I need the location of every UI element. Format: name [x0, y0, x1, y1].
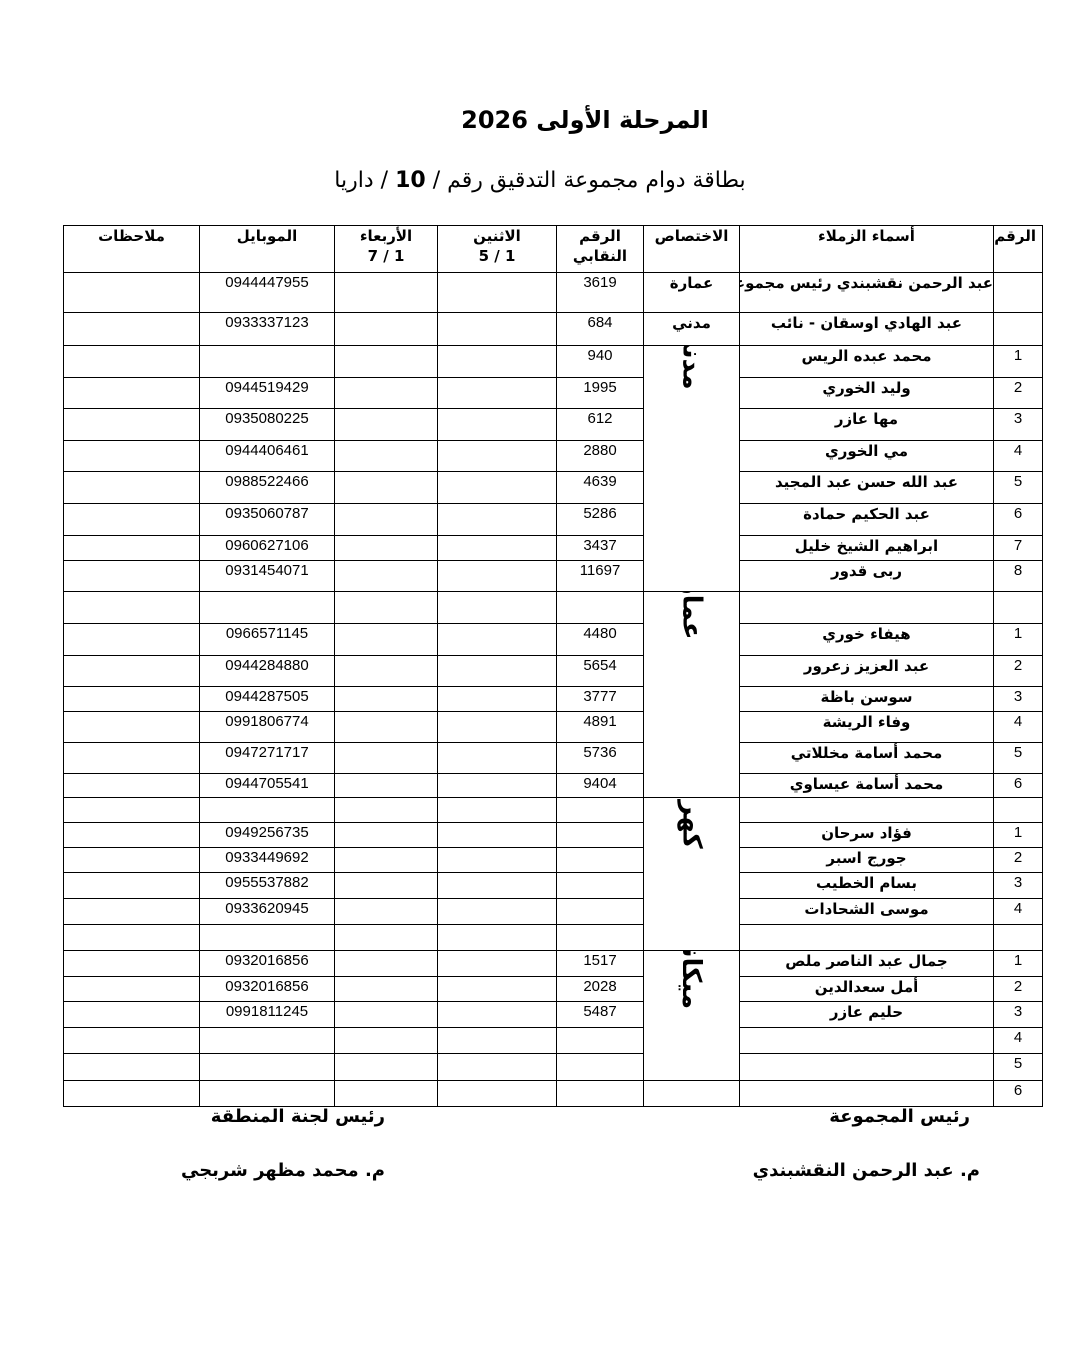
row-number: 5: [994, 743, 1043, 774]
table-row: 2عبد العزيز زعرور56540944284880: [64, 656, 1043, 687]
union-number: [557, 823, 644, 848]
union-number: [557, 592, 644, 624]
row-number: [994, 592, 1043, 624]
monday-attendance[interactable]: [438, 951, 557, 977]
union-number: 2028: [557, 977, 644, 1002]
mobile-number: 0933449692: [200, 848, 335, 873]
header-row: الرقم أسماء الزملاء الاختصاص الرقمالنقاب…: [64, 226, 1043, 273]
monday-attendance[interactable]: [438, 977, 557, 1002]
specialty-group-2: كهرباء: [644, 798, 740, 951]
row-number: 7: [994, 536, 1043, 561]
member-name: [740, 798, 994, 823]
attendance-table: الرقم أسماء الزملاء الاختصاص الرقمالنقاب…: [63, 225, 1043, 1107]
wednesday-attendance[interactable]: [335, 925, 438, 951]
member-name: مها عازر: [740, 409, 994, 441]
area-committee-name: م. محمد مظهر شربجي: [181, 1160, 385, 1181]
mobile-number: 0947271717: [200, 743, 335, 774]
notes-cell[interactable]: [64, 592, 200, 624]
table-row: 2جورج اسبر0933449692: [64, 848, 1043, 873]
member-name: وفاء الريشة: [740, 712, 994, 743]
wednesday-attendance[interactable]: [335, 977, 438, 1002]
mobile-number: 0991811245: [200, 1002, 335, 1028]
monday-attendance[interactable]: [438, 346, 557, 378]
notes-cell[interactable]: [64, 687, 200, 712]
member-name: عبد الهادي اوسقان - نائب: [740, 313, 994, 346]
specialty-group-0: مدني: [644, 346, 740, 592]
table-row: 3مها عازر6120935080225: [64, 409, 1043, 441]
specialty-vertical-label: عمارة: [682, 592, 702, 640]
notes-cell[interactable]: [64, 848, 200, 873]
leader-row: عبد الرحمن نقشبندي رئيس مجموعةعمارة36190…: [64, 273, 1043, 313]
member-name: [740, 1081, 994, 1107]
table-row: 7ابراهيم الشيخ خليل34370960627106: [64, 536, 1043, 561]
notes-cell[interactable]: [64, 1081, 200, 1107]
wednesday-attendance[interactable]: [335, 1002, 438, 1028]
member-name: [740, 1054, 994, 1081]
member-name: عبد العزيز زعرور: [740, 656, 994, 687]
mobile-number: 0960627106: [200, 536, 335, 561]
row-number: 4: [994, 1028, 1043, 1054]
member-name: جورج اسبر: [740, 848, 994, 873]
notes-cell[interactable]: [64, 873, 200, 899]
member-name: مي الخوري: [740, 441, 994, 472]
table-row: 3سوسن باظة37770944287505: [64, 687, 1043, 712]
member-name: محمد عبده الريس: [740, 346, 994, 378]
table-row: 4وفاء الريشة48910991806774: [64, 712, 1043, 743]
notes-cell[interactable]: [64, 346, 200, 378]
header-union-number: الرقمالنقابي: [557, 226, 644, 273]
member-name: ربى قدور: [740, 561, 994, 592]
notes-cell[interactable]: [64, 656, 200, 687]
member-name: بسام الخطيب: [740, 873, 994, 899]
notes-cell[interactable]: [64, 951, 200, 977]
notes-cell[interactable]: [64, 1054, 200, 1081]
member-name: جمال عبد الناصر ملص: [740, 951, 994, 977]
mobile-number: 0944406461: [200, 441, 335, 472]
specialty-vertical-label: مدني: [682, 346, 702, 390]
wednesday-attendance[interactable]: [335, 313, 438, 346]
row-number: 2: [994, 848, 1043, 873]
monday-attendance[interactable]: [438, 409, 557, 441]
mobile-number: [200, 925, 335, 951]
union-number: 3437: [557, 536, 644, 561]
union-number: 5487: [557, 1002, 644, 1028]
notes-cell[interactable]: [64, 624, 200, 656]
row-number: [994, 798, 1043, 823]
member-name: عبد الله حسن عبد المجيد: [740, 472, 994, 504]
union-number: 5736: [557, 743, 644, 774]
monday-attendance[interactable]: [438, 378, 557, 409]
leader-row: عبد الهادي اوسقان - نائبمدني684093333712…: [64, 313, 1043, 346]
monday-attendance[interactable]: [438, 1028, 557, 1054]
specialty: مدني: [644, 313, 740, 346]
monday-attendance[interactable]: [438, 899, 557, 925]
monday-attendance[interactable]: [438, 873, 557, 899]
mobile-number: [200, 1081, 335, 1107]
notes-cell[interactable]: [64, 504, 200, 536]
wednesday-attendance[interactable]: [335, 848, 438, 873]
row-number: 4: [994, 712, 1043, 743]
header-notes: ملاحظات: [64, 226, 200, 273]
table-row: 4مي الخوري28800944406461: [64, 441, 1043, 472]
wednesday-attendance[interactable]: [335, 798, 438, 823]
wednesday-attendance[interactable]: [335, 561, 438, 592]
specialty-group-1: عمارة: [644, 592, 740, 798]
union-number: 3777: [557, 687, 644, 712]
monday-attendance[interactable]: [438, 1081, 557, 1107]
mobile-number: 0944287505: [200, 687, 335, 712]
union-number: 5286: [557, 504, 644, 536]
monday-attendance[interactable]: [438, 313, 557, 346]
table-row: 1محمد عبده الريسمدني940: [64, 346, 1043, 378]
specialty: عمارة: [644, 273, 740, 313]
mobile-number: 0991806774: [200, 712, 335, 743]
wednesday-attendance[interactable]: [335, 712, 438, 743]
union-number: [557, 798, 644, 823]
specialty-group-3: ميكانيك: [644, 951, 740, 1081]
row-number: 4: [994, 899, 1043, 925]
union-number: 684: [557, 313, 644, 346]
header-monday: الاثنين1 / 5: [438, 226, 557, 273]
table-row: 3حليم عازر54870991811245: [64, 1002, 1043, 1028]
specialty: [644, 1081, 740, 1107]
mobile-number: 0933337123: [200, 313, 335, 346]
mobile-number: [200, 1054, 335, 1081]
group-head-title: رئيس المجموعة: [829, 1106, 970, 1127]
row-number: 1: [994, 951, 1043, 977]
row-number: 5: [994, 1054, 1043, 1081]
notes-cell[interactable]: [64, 273, 200, 313]
table-row: 5: [64, 1054, 1043, 1081]
wednesday-attendance[interactable]: [335, 774, 438, 798]
mobile-number: 0935080225: [200, 409, 335, 441]
member-name: محمد أسامة عيساوي: [740, 774, 994, 798]
member-name: وليد الخوري: [740, 378, 994, 409]
monday-attendance[interactable]: [438, 848, 557, 873]
document-subtitle: بطاقة دوام مجموعة التدقيق رقم / 10 / دار…: [0, 168, 1080, 193]
monday-attendance[interactable]: [438, 1002, 557, 1028]
monday-attendance[interactable]: [438, 687, 557, 712]
wednesday-attendance[interactable]: [335, 899, 438, 925]
member-name: ابراهيم الشيخ خليل: [740, 536, 994, 561]
row-number: 2: [994, 656, 1043, 687]
notes-cell[interactable]: [64, 1002, 200, 1028]
wednesday-attendance[interactable]: [335, 656, 438, 687]
mobile-number: 0944284880: [200, 656, 335, 687]
header-number: الرقم: [994, 226, 1043, 273]
table-row: 1جمال عبد الناصر ملصميكانيك1517093201685…: [64, 951, 1043, 977]
document-title: المرحلة الأولى 2026: [0, 106, 1080, 134]
notes-cell[interactable]: [64, 561, 200, 592]
table-row: 5عبد الله حسن عبد المجيد46390988522466: [64, 472, 1043, 504]
group-head-name: م. عبد الرحمن النقشبندي: [753, 1160, 980, 1181]
monday-attendance[interactable]: [438, 561, 557, 592]
member-name: هيفاء خوري: [740, 624, 994, 656]
monday-attendance[interactable]: [438, 441, 557, 472]
wednesday-attendance[interactable]: [335, 409, 438, 441]
wednesday-attendance[interactable]: [335, 273, 438, 313]
mobile-number: 0944519429: [200, 378, 335, 409]
mobile-number: 0935060787: [200, 504, 335, 536]
mobile-number: 0944705541: [200, 774, 335, 798]
specialty-vertical-label: ميكانيك: [681, 951, 701, 1010]
notes-cell[interactable]: [64, 441, 200, 472]
notes-cell[interactable]: [64, 378, 200, 409]
member-name: محمد أسامة مخللاتي: [740, 743, 994, 774]
mobile-number: 0944447955: [200, 273, 335, 313]
monday-attendance[interactable]: [438, 592, 557, 624]
union-number: 4639: [557, 472, 644, 504]
notes-cell[interactable]: [64, 536, 200, 561]
row-number: 6: [994, 1081, 1043, 1107]
monday-attendance[interactable]: [438, 536, 557, 561]
table-row: 6محمد أسامة عيساوي94040944705541: [64, 774, 1043, 798]
row-number: 2: [994, 378, 1043, 409]
notes-cell[interactable]: [64, 774, 200, 798]
separator-row: عمارة: [64, 592, 1043, 624]
row-number: [994, 273, 1043, 313]
wednesday-attendance[interactable]: [335, 951, 438, 977]
wednesday-attendance[interactable]: [335, 743, 438, 774]
member-name: سوسن باظة: [740, 687, 994, 712]
mobile-number: 0966571145: [200, 624, 335, 656]
member-name: فؤاد سرحان: [740, 823, 994, 848]
wednesday-attendance[interactable]: [335, 687, 438, 712]
monday-attendance[interactable]: [438, 712, 557, 743]
member-name: حليم عازر: [740, 1002, 994, 1028]
table-row: 8ربى قدور116970931454071: [64, 561, 1043, 592]
union-number: 3619: [557, 273, 644, 313]
mobile-number: 0988522466: [200, 472, 335, 504]
row-number: 3: [994, 873, 1043, 899]
header-names: أسماء الزملاء: [740, 226, 994, 273]
union-number: 4480: [557, 624, 644, 656]
notes-cell[interactable]: [64, 1028, 200, 1054]
row-number: 1: [994, 823, 1043, 848]
subtitle-suffix: / داريا: [334, 168, 388, 193]
row-number: 4: [994, 441, 1043, 472]
monday-attendance[interactable]: [438, 823, 557, 848]
table-row: 3بسام الخطيب0955537882: [64, 873, 1043, 899]
wednesday-attendance[interactable]: [335, 346, 438, 378]
header-specialty: الاختصاص: [644, 226, 740, 273]
table-row: 6: [64, 1081, 1043, 1107]
notes-cell[interactable]: [64, 798, 200, 823]
notes-cell[interactable]: [64, 409, 200, 441]
table-row: 5محمد أسامة مخللاتي57360947271717: [64, 743, 1043, 774]
row-number: 2: [994, 977, 1043, 1002]
member-name: عبد الحكيم حمادة: [740, 504, 994, 536]
group-number: 10: [395, 168, 426, 193]
union-number: [557, 1081, 644, 1107]
row-number: 1: [994, 624, 1043, 656]
specialty-vertical-label: كهرباء: [682, 798, 702, 849]
monday-attendance[interactable]: [438, 624, 557, 656]
row-number: 8: [994, 561, 1043, 592]
union-number: [557, 925, 644, 951]
union-number: [557, 848, 644, 873]
table-row: 6عبد الحكيم حمادة52860935060787: [64, 504, 1043, 536]
monday-attendance[interactable]: [438, 743, 557, 774]
row-number: [994, 925, 1043, 951]
area-committee-title: رئيس لجنة المنطقة: [211, 1106, 385, 1127]
union-number: 4891: [557, 712, 644, 743]
union-number: 612: [557, 409, 644, 441]
table-row: 1هيفاء خوري44800966571145: [64, 624, 1043, 656]
row-number: [994, 313, 1043, 346]
member-name: عبد الرحمن نقشبندي رئيس مجموعة: [740, 273, 994, 313]
wednesday-attendance[interactable]: [335, 504, 438, 536]
row-number: 6: [994, 504, 1043, 536]
table-row: 4: [64, 1028, 1043, 1054]
mobile-number: [200, 798, 335, 823]
notes-cell[interactable]: [64, 472, 200, 504]
union-number: 5654: [557, 656, 644, 687]
union-number: [557, 899, 644, 925]
row-number: 6: [994, 774, 1043, 798]
header-mobile: الموبايل: [200, 226, 335, 273]
separator-row: كهرباء: [64, 798, 1043, 823]
mobile-number: 0955537882: [200, 873, 335, 899]
wednesday-attendance[interactable]: [335, 378, 438, 409]
table-row: 2أمل سعدالدين20280932016856: [64, 977, 1043, 1002]
wednesday-attendance[interactable]: [335, 536, 438, 561]
member-name: [740, 1028, 994, 1054]
union-number: 1517: [557, 951, 644, 977]
wednesday-attendance[interactable]: [335, 1081, 438, 1107]
union-number: 940: [557, 346, 644, 378]
monday-attendance[interactable]: [438, 472, 557, 504]
notes-cell[interactable]: [64, 977, 200, 1002]
notes-cell[interactable]: [64, 823, 200, 848]
wednesday-attendance[interactable]: [335, 472, 438, 504]
union-number: 2880: [557, 441, 644, 472]
wednesday-attendance[interactable]: [335, 441, 438, 472]
mobile-number: [200, 592, 335, 624]
union-number: 1995: [557, 378, 644, 409]
notes-cell[interactable]: [64, 712, 200, 743]
monday-attendance[interactable]: [438, 273, 557, 313]
mobile-number: [200, 1028, 335, 1054]
mobile-number: 0932016856: [200, 951, 335, 977]
row-number: 3: [994, 687, 1043, 712]
member-name: [740, 592, 994, 624]
notes-cell[interactable]: [64, 743, 200, 774]
member-name: [740, 925, 994, 951]
mobile-number: [200, 346, 335, 378]
member-name: موسى الشحادات: [740, 899, 994, 925]
monday-attendance[interactable]: [438, 504, 557, 536]
monday-attendance[interactable]: [438, 925, 557, 951]
union-number: 11697: [557, 561, 644, 592]
mobile-number: 0933620945: [200, 899, 335, 925]
mobile-number: 0931454071: [200, 561, 335, 592]
union-number: [557, 1028, 644, 1054]
union-number: [557, 873, 644, 899]
union-number: [557, 1054, 644, 1081]
subtitle-prefix: بطاقة دوام مجموعة التدقيق رقم /: [433, 168, 746, 193]
header-wednesday: الأربعاء1 / 7: [335, 226, 438, 273]
notes-cell[interactable]: [64, 899, 200, 925]
table-row: 4موسى الشحادات0933620945: [64, 899, 1043, 925]
union-number: 9404: [557, 774, 644, 798]
monday-attendance[interactable]: [438, 774, 557, 798]
notes-cell[interactable]: [64, 925, 200, 951]
monday-attendance[interactable]: [438, 656, 557, 687]
table-row: 2وليد الخوري19950944519429: [64, 378, 1043, 409]
row-number: 3: [994, 409, 1043, 441]
wednesday-attendance[interactable]: [335, 624, 438, 656]
member-name: أمل سعدالدين: [740, 977, 994, 1002]
mobile-number: 0949256735: [200, 823, 335, 848]
table-row: 1فؤاد سرحان0949256735: [64, 823, 1043, 848]
notes-cell[interactable]: [64, 313, 200, 346]
wednesday-attendance[interactable]: [335, 592, 438, 624]
mobile-number: 0932016856: [200, 977, 335, 1002]
wednesday-attendance[interactable]: [335, 873, 438, 899]
wednesday-attendance[interactable]: [335, 1054, 438, 1081]
monday-attendance[interactable]: [438, 1054, 557, 1081]
row-number: 3: [994, 1002, 1043, 1028]
wednesday-attendance[interactable]: [335, 823, 438, 848]
wednesday-attendance[interactable]: [335, 1028, 438, 1054]
monday-attendance[interactable]: [438, 798, 557, 823]
separator-row: [64, 925, 1043, 951]
row-number: 5: [994, 472, 1043, 504]
row-number: 1: [994, 346, 1043, 378]
